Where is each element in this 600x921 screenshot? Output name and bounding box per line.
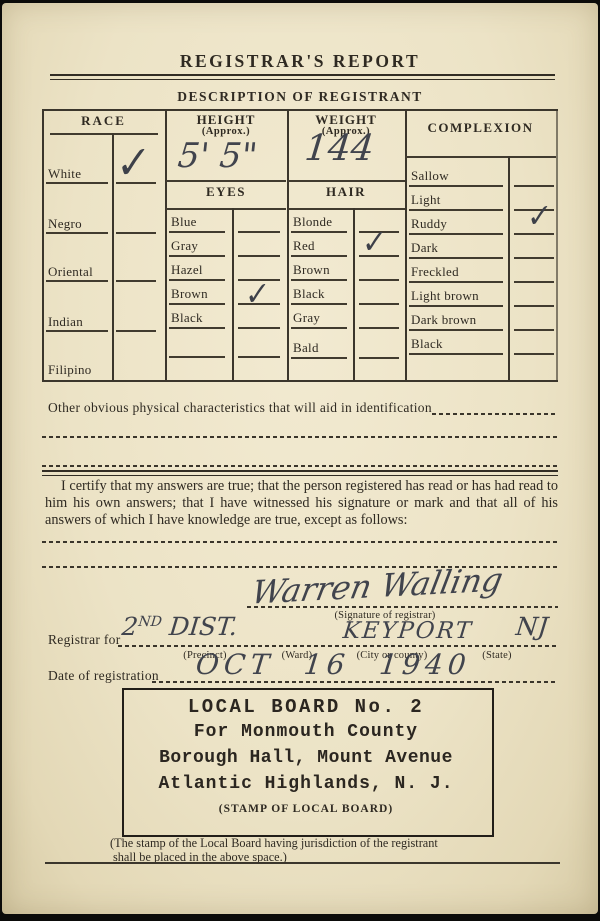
stamp-line-town: Atlantic Highlands, N. J. <box>125 774 487 794</box>
complexion-option-sallow: Sallow <box>411 168 449 184</box>
title-rule <box>50 74 555 80</box>
eyes-brown-checkmark: ✓ <box>245 278 271 312</box>
hair-row-line <box>291 303 347 305</box>
eyes-option-black: Black <box>171 310 203 326</box>
complexion-ruddy-checkmark: ✓ <box>527 200 553 234</box>
complexion-row-line <box>409 281 503 283</box>
race-row-line <box>46 330 108 332</box>
weight-complexion-divider <box>405 109 407 382</box>
race-option-filipino: Filipino <box>48 362 92 378</box>
complexion-check-line <box>514 353 554 355</box>
eyes-option-brown: Brown <box>171 286 208 302</box>
precinct-number: 2 <box>120 612 139 641</box>
stamp-line-address: Borough Hall, Mount Avenue <box>125 748 487 768</box>
eyes-check-line <box>238 231 280 233</box>
eyes-row-line <box>169 255 225 257</box>
stamp-line-county: For Monmouth County <box>125 722 487 742</box>
hair-check-line <box>359 357 399 359</box>
eyes-check-line <box>238 255 280 257</box>
hair-row-line <box>291 279 347 281</box>
hair-header: HAIR <box>287 184 405 200</box>
certification-text: I certify that my answers are true; that… <box>45 478 558 529</box>
exception-line <box>42 541 558 543</box>
race-check-line <box>116 232 156 234</box>
complexion-option-dark: Dark <box>411 240 438 256</box>
date-of-registration-value: OCT 16 1940 <box>194 648 472 681</box>
table-right-border <box>556 109 558 382</box>
race-header-underline <box>50 133 158 135</box>
race-option-negro: Negro <box>48 216 82 232</box>
hair-option-bald: Bald <box>293 340 319 356</box>
hair-header-underline <box>288 208 405 210</box>
registrars-report-card: REGISTRAR'S REPORT DESCRIPTION OF REGIST… <box>0 0 600 921</box>
hair-option-red: Red <box>293 238 315 254</box>
eyes-empty-check-line <box>238 356 280 358</box>
race-row-line <box>46 232 108 234</box>
registrar-state-value: NJ <box>514 612 549 641</box>
complexion-option-light-brown: Light brown <box>411 288 479 304</box>
complexion-row-line <box>409 257 503 259</box>
complexion-row-line <box>409 305 503 307</box>
complexion-option-ruddy: Ruddy <box>411 216 447 232</box>
race-check-divider <box>112 133 114 380</box>
eyes-row-line <box>169 279 225 281</box>
hair-check-line <box>359 279 399 281</box>
date-of-registration-line <box>152 681 558 683</box>
race-option-oriental: Oriental <box>48 264 93 280</box>
complexion-row-line <box>409 209 503 211</box>
eyes-empty-row-line <box>169 356 225 358</box>
hair-check-line <box>359 303 399 305</box>
stamp-line-board: LOCAL BOARD No. 2 <box>125 696 487 718</box>
complexion-option-light: Light <box>411 192 441 208</box>
race-white-checkmark: ✓ <box>115 139 151 187</box>
precinct-ordinal: ND <box>138 614 163 630</box>
complexion-row-line <box>409 353 503 355</box>
race-height-divider <box>165 109 167 382</box>
hair-row-line <box>291 231 347 233</box>
hair-option-gray: Gray <box>293 310 320 326</box>
eyes-header-underline <box>166 208 286 210</box>
hair-row-line <box>291 255 347 257</box>
page-title: REGISTRAR'S REPORT <box>0 51 600 72</box>
eyes-check-line <box>238 327 280 329</box>
section-title: DESCRIPTION OF REGISTRANT <box>0 89 600 105</box>
eyes-header: EYES <box>165 184 287 200</box>
eyes-option-gray: Gray <box>171 238 198 254</box>
complexion-row-line <box>409 329 503 331</box>
footer-rule <box>45 862 560 864</box>
hair-option-brown: Brown <box>293 262 330 278</box>
complexion-option-freckled: Freckled <box>411 264 459 280</box>
race-check-line <box>116 280 156 282</box>
blank-answer-line <box>42 436 558 438</box>
eyes-check-divider <box>232 208 234 380</box>
complexion-row-line <box>409 233 503 235</box>
eyes-row-line <box>169 231 225 233</box>
table-bottom-border <box>42 380 558 382</box>
footer-note-line1: (The stamp of the Local Board having jur… <box>110 836 438 851</box>
height-value-underline <box>166 180 286 182</box>
race-check-line <box>116 330 156 332</box>
registrar-for-label: Registrar for <box>48 632 121 648</box>
complexion-check-divider <box>508 156 510 380</box>
date-of-registration-label: Date of registration <box>48 668 159 684</box>
weight-value: 144 <box>303 128 376 169</box>
section-divider-rule <box>42 470 558 476</box>
registrar-city-value: KEYPORT <box>342 618 474 644</box>
complexion-header: COMPLEXION <box>405 120 556 136</box>
race-header: RACE <box>42 113 165 129</box>
complexion-check-line <box>514 305 554 307</box>
signature-line <box>247 606 558 608</box>
table-left-border <box>42 109 44 382</box>
hair-option-black: Black <box>293 286 325 302</box>
hair-row-line <box>291 357 347 359</box>
eyes-row-line <box>169 327 225 329</box>
precinct-rest: DIST. <box>160 612 239 641</box>
race-row-line <box>46 182 108 184</box>
hair-check-line <box>359 327 399 329</box>
height-value: 5' 5" <box>176 136 259 176</box>
height-weight-divider <box>287 109 289 382</box>
complexion-option-black: Black <box>411 336 443 352</box>
other-characteristics-fill-dashes <box>432 413 558 415</box>
hair-red-checkmark: ✓ <box>362 226 388 260</box>
hair-option-blonde: Blonde <box>293 214 332 230</box>
complexion-check-line <box>514 281 554 283</box>
blank-answer-line <box>42 465 558 467</box>
complexion-check-line <box>514 257 554 259</box>
registrar-precinct-value: 2ND DIST. <box>120 612 238 641</box>
race-option-white: White <box>48 166 81 182</box>
race-option-indian: Indian <box>48 314 83 330</box>
table-top-border <box>42 109 558 111</box>
complexion-row-line <box>409 185 503 187</box>
race-row-line <box>46 280 108 282</box>
eyes-option-blue: Blue <box>171 214 197 230</box>
complexion-check-line <box>514 185 554 187</box>
hair-check-divider <box>353 208 355 380</box>
weight-value-underline <box>288 180 405 182</box>
complexion-option-dark-brown: Dark brown <box>411 312 476 328</box>
other-characteristics-label: Other obvious physical characteristics t… <box>48 400 432 416</box>
registrar-for-line <box>118 645 558 647</box>
eyes-row-line <box>169 303 225 305</box>
complexion-check-line <box>514 329 554 331</box>
hair-row-line <box>291 327 347 329</box>
stamp-caption: (STAMP OF LOCAL BOARD) <box>125 803 487 815</box>
complexion-header-underline <box>405 156 556 158</box>
eyes-option-hazel: Hazel <box>171 262 203 278</box>
